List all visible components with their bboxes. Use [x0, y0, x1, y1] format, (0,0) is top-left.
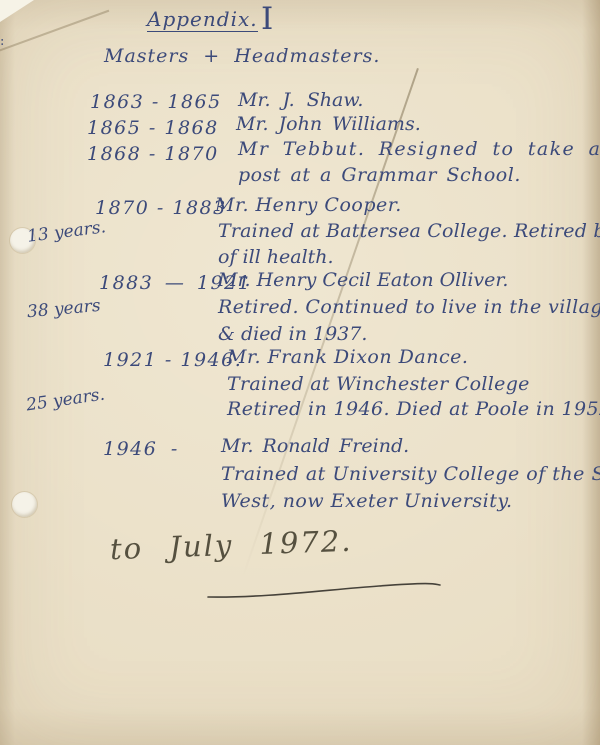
appendix-title: Appendix. — [147, 8, 258, 32]
entry-name: Mr. Henry Cooper. — [215, 195, 402, 216]
entry-name: Mr. John Williams. — [236, 114, 421, 135]
entry-note: post at a Grammar School. — [238, 165, 521, 186]
entry-name: Mr. Henry Cecil Eaton Olliver. — [218, 270, 508, 291]
entry-note: Trained at Winchester College — [227, 374, 530, 395]
entry-note: Retired in 1946. Died at Poole in 1952. — [227, 399, 600, 420]
entry-name: Mr. Ronald Freind. — [221, 436, 409, 457]
entry-tenure: 38 years — [26, 297, 101, 322]
entry-note: Trained at Battersea College. Retired be… — [218, 221, 600, 242]
entry-tenure: 13 years. — [26, 218, 107, 246]
footer-date: to July 1972. — [110, 526, 354, 566]
entry-note: of ill health. — [218, 247, 334, 268]
entry-years: 1865 - 1868 — [87, 118, 219, 139]
entry-name: Mr. Frank Dixon Dance. — [227, 347, 468, 368]
document-page: : Appendix. I Masters + Headmasters. 186… — [0, 0, 600, 745]
entry-tenure: 25 years. — [25, 386, 106, 416]
entry-note: West, now Exeter University. — [221, 491, 513, 512]
entry-years: 1946 - — [103, 439, 179, 460]
entry-name: Mr Tebbut. Resigned to take a — [238, 139, 600, 160]
page-subtitle: Masters + Headmasters. — [104, 46, 380, 67]
entry-name: Mr. J. Shaw. — [238, 90, 363, 111]
footer-underline — [204, 580, 444, 602]
entry-years: 1870 - 1883 — [95, 198, 227, 219]
left-edge-ink-mark: : — [0, 34, 4, 49]
punch-hole-bottom — [12, 492, 37, 517]
appendix-numeral: I — [261, 2, 273, 36]
entry-note: & died in 1937. — [218, 324, 367, 345]
page-corner-fold — [0, 0, 34, 22]
entry-years: 1868 - 1870 — [87, 144, 219, 165]
entry-note: Retired. Continued to live in the villag… — [218, 297, 600, 318]
entry-years: 1863 - 1865 — [90, 92, 222, 113]
entry-note: Trained at University College of the Sou… — [221, 464, 600, 485]
entry-years: 1921 - 1946. — [103, 350, 242, 371]
